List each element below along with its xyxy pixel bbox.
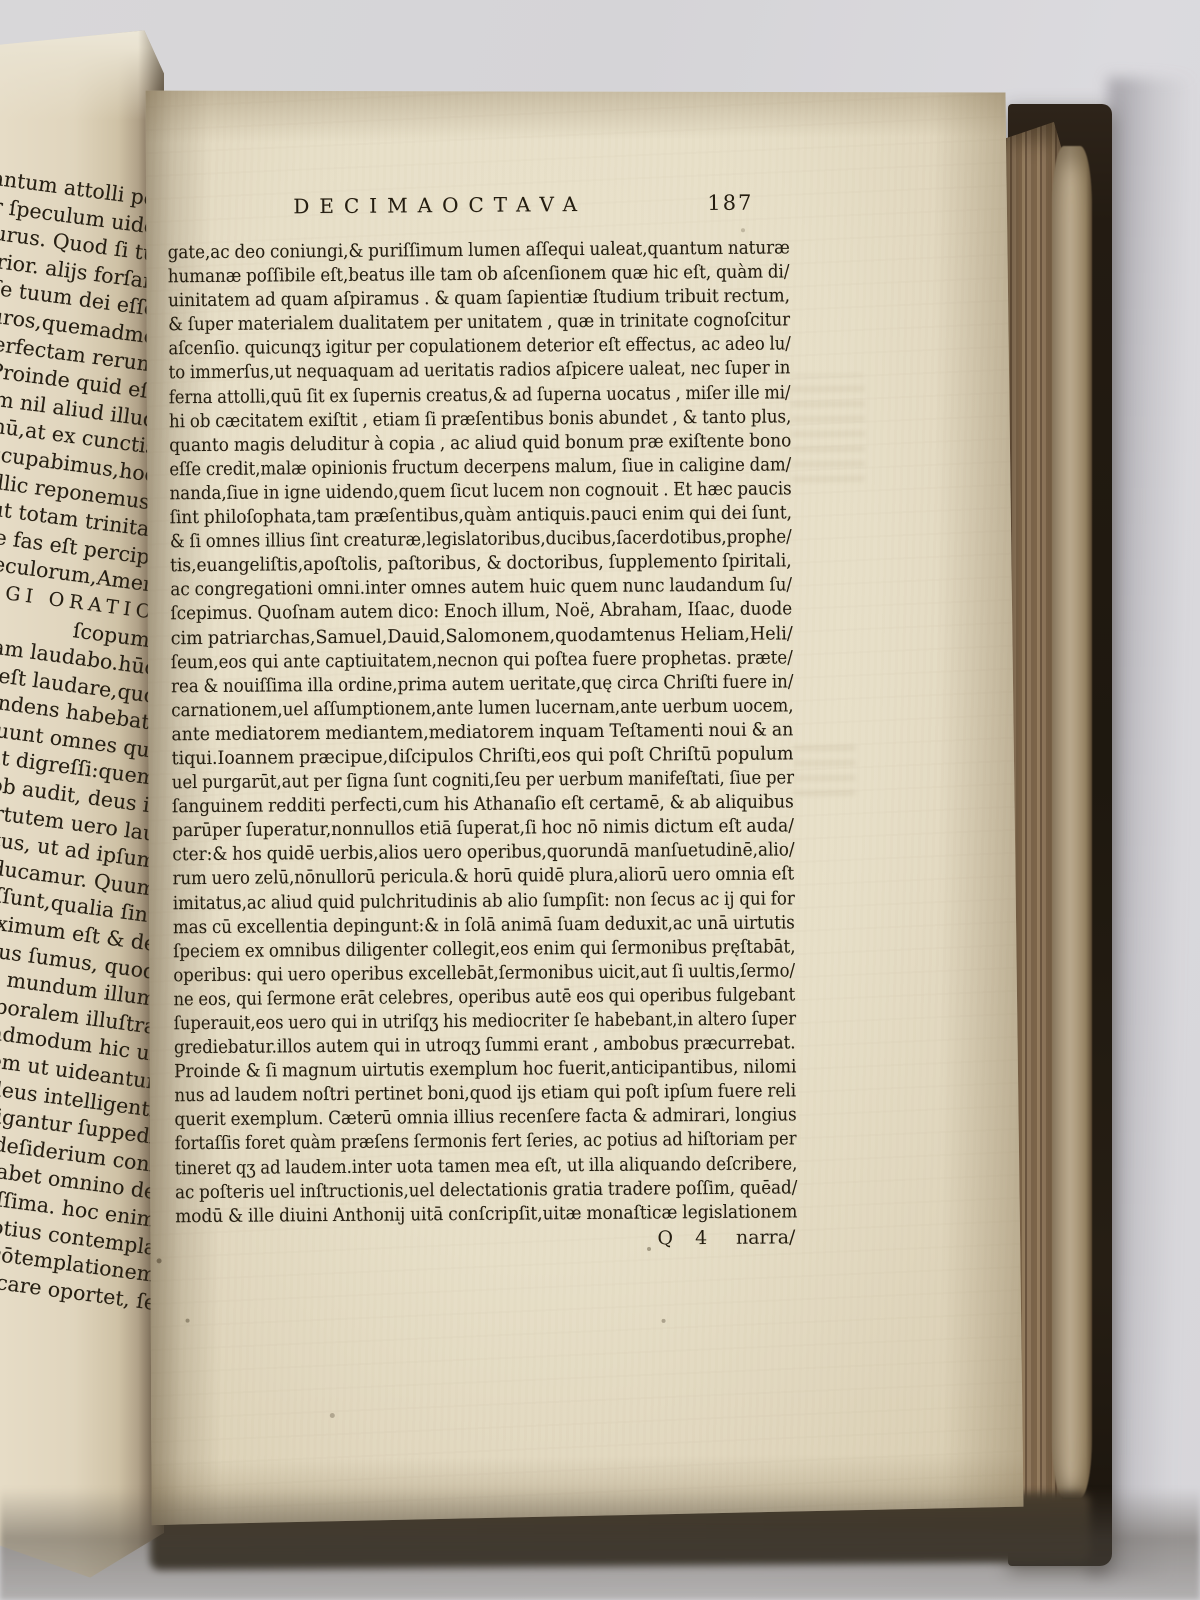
right-page: DECIMAOCTAVA 187 gate,ac deo coniungi,& … xyxy=(140,77,1023,1530)
showthrough-ghost xyxy=(791,374,866,483)
left-page: ntantum attolli poper ſpeculum uideuiſur… xyxy=(0,0,164,1600)
text-line: modū & ille diuini Anthonij uitā conſcri… xyxy=(175,1200,750,1229)
signature-mark: Q 4 xyxy=(657,1227,715,1249)
left-page-text-column: ntantum attolli poper ſpeculum uideuiſur… xyxy=(0,186,156,1317)
catchword: narra/ xyxy=(736,1226,796,1248)
curled-page-edge xyxy=(1052,146,1092,1498)
page-number: 187 xyxy=(707,191,753,215)
right-page-content: DECIMAOCTAVA 187 gate,ac deo coniungi,& … xyxy=(167,190,797,1259)
signature-row: Q 4 narra/ xyxy=(175,1226,797,1259)
showthrough-ghost xyxy=(794,742,856,796)
running-header: DECIMAOCTAVA xyxy=(293,192,587,218)
book-photo: ntantum attolli poper ſpeculum uideuiſur… xyxy=(0,0,1200,1600)
floor-shadow xyxy=(0,1488,1200,1600)
main-text-block: gate,ac deo coniungi,& puriſſimum lumen … xyxy=(168,236,798,1229)
page-header-row: DECIMAOCTAVA 187 xyxy=(167,190,789,225)
